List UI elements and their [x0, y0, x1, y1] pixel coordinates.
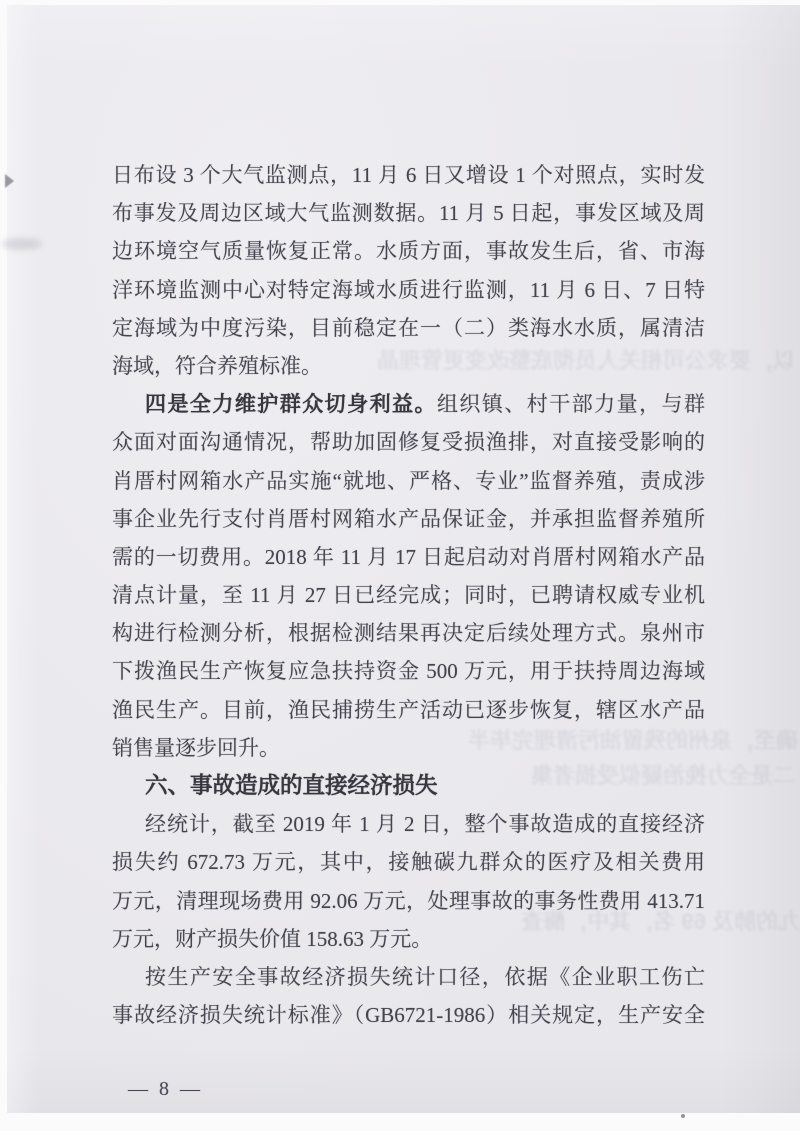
- page-number: — 8 —: [128, 1078, 203, 1101]
- text-line: 众面对面沟通情况，帮助加固修复受损渔排，对直接受影响的: [112, 423, 705, 461]
- text-run: 万元，财产损失价值 158.63 万元。: [112, 927, 432, 951]
- scanned-page: 以，要求公司相关人员彻底整改变更管理晶确至，泉州的残留油污清理完毕半二是全力挽治…: [0, 0, 800, 1131]
- text-run: 下拨渔民生产恢复应急扶持资金 500 万元，用于扶持周边海域: [112, 659, 705, 683]
- text-run: 事故经济损失统计标准》（GB6721-1986）相关规定，生产安全: [112, 1003, 705, 1027]
- text-run: 众面对面沟通情况，帮助加固修复受损渔排，对直接受影响的: [112, 430, 705, 454]
- text-run: 损失约 672.73 万元，其中，接触碳九群众的医疗及相关费用 8.33: [112, 850, 705, 881]
- text-line: 布事发及周边区域大气监测数据。11 月 5 日起，事发区域及周: [112, 194, 705, 232]
- text-run: 组织镇、村干部力量，与群: [437, 392, 705, 416]
- text-line: 经统计，截至 2019 年 1 月 2 日，整个事故造成的直接经济: [112, 805, 705, 843]
- text-run: 万元，清理现场费用 92.06 万元，处理事故的事务性费用 413.71: [112, 889, 705, 913]
- text-line: 万元，清理现场费用 92.06 万元，处理事故的事务性费用 413.71: [112, 882, 705, 920]
- text-line: 事故经济损失统计标准》（GB6721-1986）相关规定，生产安全: [112, 996, 705, 1034]
- text-line: 渔民生产。目前，渔民捕捞生产活动已逐步恢复，辖区水产品: [112, 691, 705, 729]
- text-line: 按生产安全事故经济损失统计口径，依据《企业职工伤亡: [112, 958, 705, 996]
- bold-run: 六、事故造成的直接经济损失: [145, 773, 438, 798]
- text-run: 事企业先行支付肖厝村网箱水产品保证金，并承担监督养殖所: [112, 507, 705, 531]
- edge-artifact-mark: [5, 174, 14, 188]
- text-run: 构进行检测分析，根据检测结果再决定后续处理方式。泉州市: [112, 621, 705, 645]
- bold-run: 四是全力维护群众切身利益。: [145, 392, 437, 416]
- text-line: 万元，财产损失价值 158.63 万元。: [112, 920, 705, 958]
- text-line: 边环境空气质量恢复正常。水质方面，事故发生后，省、市海: [112, 232, 705, 270]
- text-run: 洋环境监测中心对特定海域水质进行监测，11 月 6 日、7 日特: [112, 278, 705, 302]
- text-line: 洋环境监测中心对特定海域水质进行监测，11 月 6 日、7 日特: [112, 271, 705, 309]
- text-line: 事企业先行支付肖厝村网箱水产品保证金，并承担监督养殖所: [112, 500, 705, 538]
- text-line: 海域，符合养殖标准。: [112, 347, 705, 385]
- text-line: 四是全力维护群众切身利益。组织镇、村干部力量，与群: [112, 385, 705, 423]
- text-run: 经统计，截至 2019 年 1 月 2 日，整个事故造成的直接经济: [145, 812, 705, 836]
- scan-speck: [681, 1114, 685, 1118]
- text-line: 日布设 3 个大气监测点，11 月 6 日又增设 1 个对照点，实时发: [112, 156, 705, 194]
- text-run: 销售量逐步回升。: [112, 736, 280, 760]
- scan-smudge: [2, 238, 42, 250]
- text-run: 布事发及周边区域大气监测数据。11 月 5 日起，事发区域及周: [112, 201, 705, 225]
- text-line: 需的一切费用。2018 年 11 月 17 日起启动对肖厝村网箱水产品: [112, 538, 705, 576]
- text-run: 定海域为中度污染，目前稳定在一（二）类海水水质，属清洁: [112, 316, 705, 340]
- section-heading: 六、事故造成的直接经济损失: [112, 767, 705, 805]
- text-line: 定海域为中度污染，目前稳定在一（二）类海水水质，属清洁: [112, 309, 705, 347]
- text-run: 肖厝村网箱水产品实施“就地、严格、专业”监督养殖，责成涉: [112, 469, 705, 493]
- text-run: 清点计量，至 11 月 27 日已经完成；同时，已聘请权威专业机: [112, 583, 705, 607]
- text-line: 肖厝村网箱水产品实施“就地、严格、专业”监督养殖，责成涉: [112, 462, 705, 500]
- text-run: 日布设 3 个大气监测点，11 月 6 日又增设 1 个对照点，实时发: [112, 163, 705, 187]
- text-run: 海域，符合养殖标准。: [112, 354, 322, 378]
- text-line: 损失约 672.73 万元，其中，接触碳九群众的医疗及相关费用 8.33: [112, 843, 705, 881]
- document-text: 日布设 3 个大气监测点，11 月 6 日又增设 1 个对照点，实时发布事发及周…: [112, 156, 705, 1034]
- text-line: 清点计量，至 11 月 27 日已经完成；同时，已聘请权威专业机: [112, 576, 705, 614]
- text-line: 构进行检测分析，根据检测结果再决定后续处理方式。泉州市: [112, 614, 705, 652]
- text-line: 下拨渔民生产恢复应急扶持资金 500 万元，用于扶持周边海域: [112, 652, 705, 690]
- text-run: 按生产安全事故经济损失统计口径，依据《企业职工伤亡: [145, 965, 705, 989]
- text-run: 需的一切费用。2018 年 11 月 17 日起启动对肖厝村网箱水产品: [112, 545, 705, 569]
- text-run: 边环境空气质量恢复正常。水质方面，事故发生后，省、市海: [112, 239, 705, 263]
- text-line: 销售量逐步回升。: [112, 729, 705, 767]
- text-run: 渔民生产。目前，渔民捕捞生产活动已逐步恢复，辖区水产品: [112, 698, 705, 722]
